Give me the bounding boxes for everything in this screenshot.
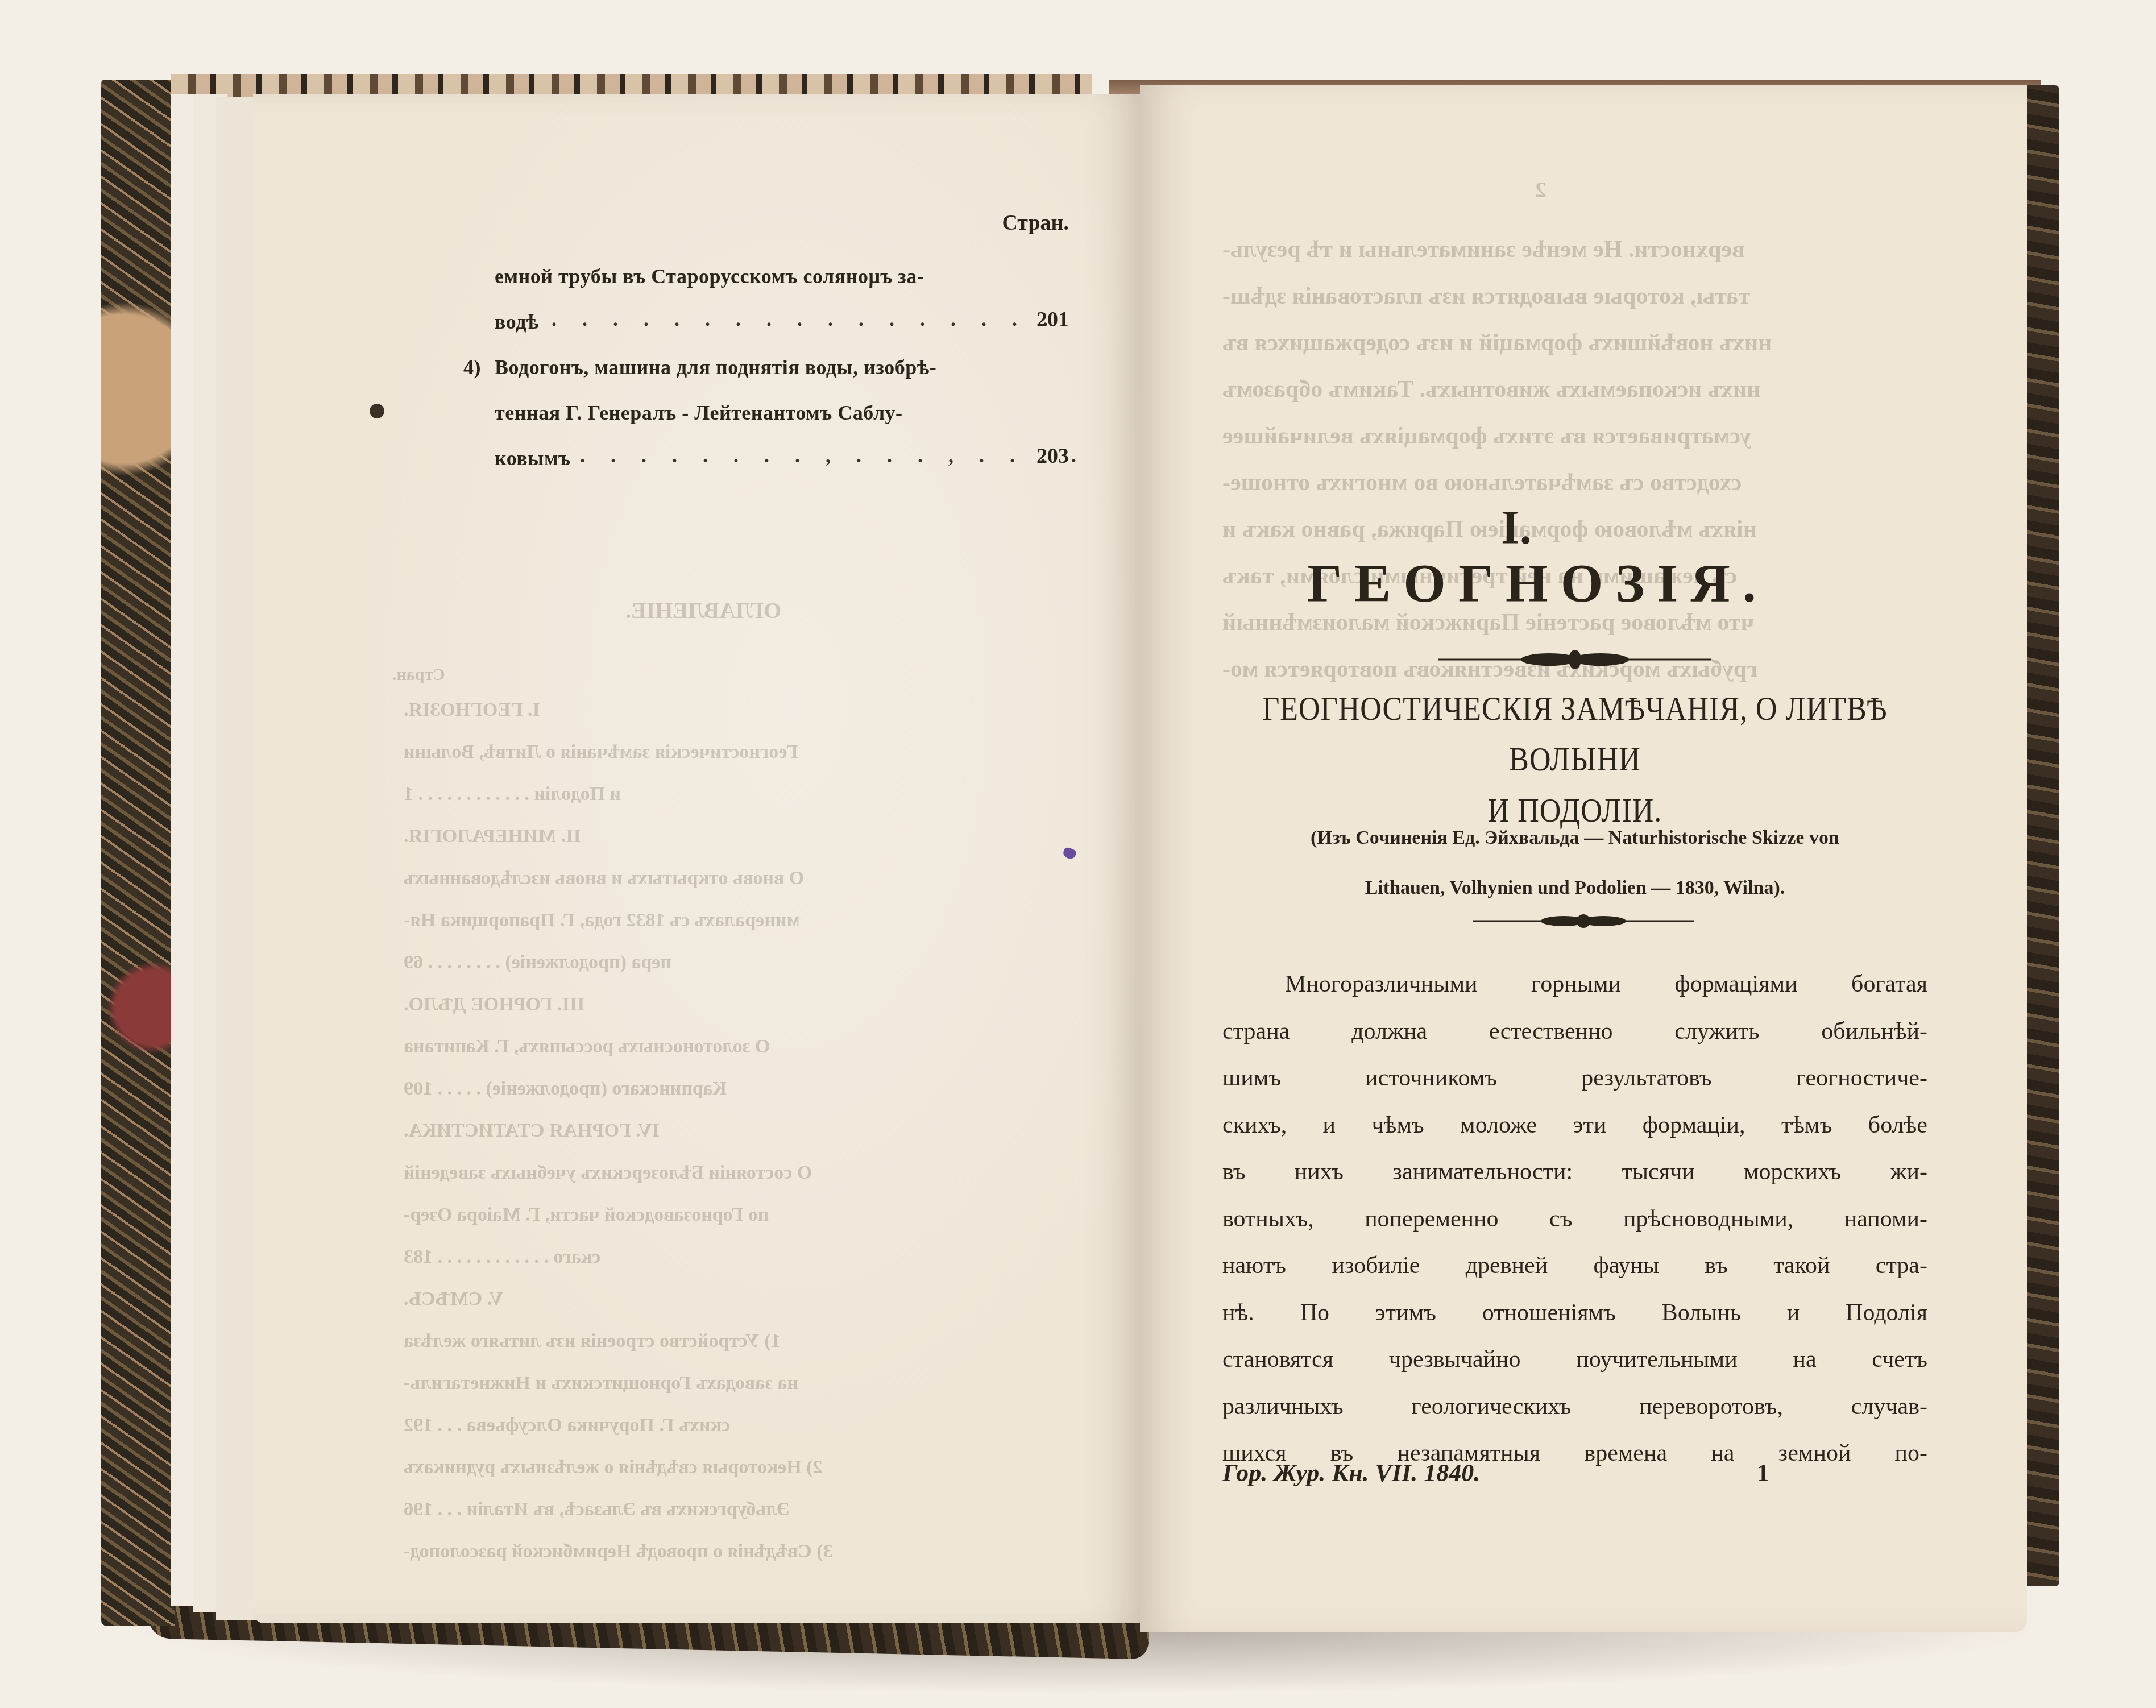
show-through-line: нихъ ископаемыхъ животныхъ. Такимъ образ…: [1222, 376, 1760, 403]
show-through-line: сходство съ замѣчательною во многихъ отн…: [1222, 469, 1742, 496]
show-through-line: 2) Некоторыя свѣдѣнія о желѣзныхъ рудник…: [404, 1457, 822, 1478]
show-through-line: пера (продолженіе) . . . . . . . . 69: [404, 952, 671, 973]
toc-entry-line: Водогонъ, машина для поднятія воды, изоб…: [495, 355, 936, 379]
show-through-line: по Горнозаводской части, Г. Маіора Озер-: [404, 1204, 769, 1226]
show-through-line: Геогностическія замѣчанія о Литвѣ, Волын…: [404, 741, 798, 763]
show-through-line: IV. ГОРНАЯ СТАТИСТИКА.: [404, 1120, 660, 1142]
show-through-line: I. ГЕОГНОЗІЯ.: [404, 699, 540, 721]
show-through-line: 3) Свѣдѣнія о проводѣ Неримбиской разсол…: [404, 1541, 833, 1562]
section-number: I.: [1501, 500, 1532, 555]
show-through-line: верхности. Не менѣе занимательны и тѣ ре…: [1222, 236, 1745, 263]
show-through-line: II. МИНЕРАЛОГІЯ.: [404, 826, 581, 847]
show-through-column-header: Стран.: [392, 665, 445, 685]
show-through-line: скихъ Г. Поручика Олсуфьева . . . 192: [404, 1415, 730, 1436]
toc-leader-dots: . . . . . . . . . . . . . . . . .: [552, 307, 1058, 331]
show-through-line: Эльбургскихъ въ Эльзасѣ, въ Италіи . . .…: [404, 1499, 790, 1520]
show-through-line: О состояніи Бѣлозерскихъ учебныхъ заведе…: [404, 1162, 812, 1184]
body-line: становятся чрезвычайно поучительными на …: [1222, 1336, 1927, 1383]
show-through-line: III. ГОРНОЕ ДѢЛО.: [404, 994, 584, 1015]
ink-dot-mark: [370, 404, 384, 418]
toc-entry-line: ковымъ: [495, 446, 570, 470]
show-through-line: усматривается въ этихъ формаціяхъ велича…: [1222, 422, 1751, 450]
article-body: Многоразличными горными формаціями богат…: [1222, 961, 1927, 1477]
ornament-divider-icon: [1438, 648, 1711, 671]
sheet-number: 1: [1757, 1458, 1769, 1487]
source-line: Lithauen, Volhynien und Podolien — 1830,…: [1222, 863, 1927, 913]
show-through-line: О золотоносныхъ россыпяхъ, Г. Капитана: [404, 1036, 770, 1058]
body-line: въ нихъ занимательности: тысячи морскихъ…: [1222, 1149, 1927, 1196]
article-source-note: (Изъ Сочиненія Ед. Эйхвальда — Naturhist…: [1222, 813, 1927, 913]
book-cover-top-edge: [171, 74, 1092, 97]
show-through-line: скаго . . . . . . . . . . . . 183: [404, 1246, 600, 1268]
show-through-line: и Подоліи . . . . . . . . . . . . 1: [404, 783, 621, 805]
body-line: скихъ, и чѣмъ моложе эти формаціи, тѣмъ …: [1222, 1102, 1927, 1149]
show-through-line: Карпинскаго (продолженіе) . . . . . 109: [404, 1078, 727, 1100]
toc-entry-line: тенная Г. Генералъ - Лейтенантомъ Саблу-: [495, 401, 903, 425]
body-line: нѣ. По этимъ отношеніямъ Волынь и Подолі…: [1222, 1290, 1927, 1337]
ornament-divider-icon: [1473, 910, 1694, 932]
show-through-line: 1) Устройство строенія изъ литьяго желѣз…: [404, 1330, 781, 1352]
book-spine-left-cover: [101, 80, 175, 1626]
section-title: ГЕОГНОЗІЯ.: [1222, 552, 1854, 615]
toc-page-number: 201: [1036, 307, 1069, 332]
show-through-line: О вновь открытыхъ и вновь изслѣдованныхъ: [404, 868, 804, 889]
toc-entry-line: емной трубы въ Старорусскомъ солянομъ за…: [495, 264, 924, 288]
body-line: шимъ источникомъ результатовъ геогностич…: [1222, 1055, 1927, 1102]
show-through-line: таты, которые выводятся изъ пластованія …: [1222, 283, 1750, 310]
body-line: различныхъ геологическихъ переворотовъ, …: [1222, 1383, 1927, 1431]
toc-entry-line: водѣ: [495, 310, 539, 334]
book-cover-right-edge: [2024, 85, 2059, 1586]
toc-entry-number: 4): [463, 355, 481, 379]
article-title-line: ГЕОГНОСТИЧЕСКІЯ ЗАМѢЧАНІЯ, О ЛИТВѢ ВОЛЫН…: [1222, 683, 1927, 785]
show-through-line: ніяхъ мѣловою формаціею Парижа, равно ка…: [1222, 516, 1757, 543]
body-line: Многоразличными горными формаціями богат…: [1222, 961, 1927, 1008]
show-through-line: V. СМѢСЬ.: [404, 1288, 503, 1310]
show-through-heading: ОГЛАВЛЕНІЕ.: [625, 597, 781, 624]
page-column-header: Стран.: [1002, 210, 1069, 235]
show-through-line: нихъ новѣйшихъ формацій и изъ содержащих…: [1222, 329, 1772, 356]
show-through-line: минералахъ съ 1832 года, Г. Прапорщика Н…: [404, 910, 800, 931]
toc-leader-dots: . . . . . . . . , . . . , . . . .: [580, 443, 1087, 467]
toc-page-number: 203: [1036, 443, 1069, 469]
show-through-page-number: 2: [1535, 176, 1546, 203]
body-line: страна должна естественно служить обильн…: [1222, 1008, 1927, 1055]
show-through-line: на заводахъ Горнощитскихъ и Нижнетагиль-: [404, 1373, 798, 1394]
source-line: (Изъ Сочиненія Ед. Эйхвальда — Naturhist…: [1222, 813, 1927, 863]
signature-mark: Гор. Жур. Кн. VII. 1840.: [1222, 1458, 1480, 1487]
body-line: вотныхъ, попеременно съ прѣсноводными, н…: [1222, 1196, 1927, 1243]
body-line: наютъ изобиліе древней фауны въ такой ст…: [1222, 1242, 1927, 1290]
